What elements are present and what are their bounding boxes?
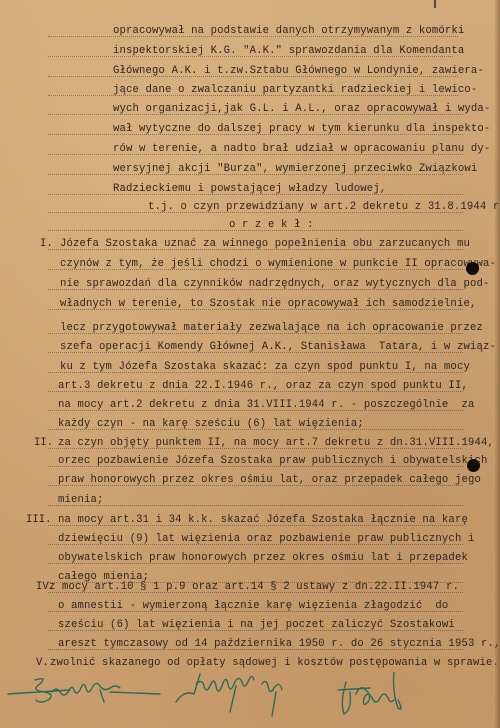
text-line: na mocy art.31 i 34 k.k. skazać Józefa S… xyxy=(58,514,468,527)
text-line: Józefa Szostaka uznać za winnego popełni… xyxy=(60,238,470,251)
text-line: art.3 dekretu z dnia 22.I.1946 r., oraz … xyxy=(58,380,468,393)
text-line: zwolnić skazanego od opłaty sądowej i ko… xyxy=(50,657,499,670)
text-line: sześciu (6) lat więzienia i na jej pocze… xyxy=(58,619,455,632)
text-line: lecz przygotowywał materiały zezwalające… xyxy=(60,322,483,335)
text-line: obywatelskich praw honorowych przez okre… xyxy=(58,552,468,565)
section-numeral: III. xyxy=(26,514,51,527)
text-line: każdy czyn - na karę sześciu (6) lat wię… xyxy=(58,418,364,431)
text-line: czynów z tym, że jeśli chodzi o wymienio… xyxy=(60,258,496,271)
text-line: nie sprawozdań dla czynników nadrzędnych… xyxy=(60,278,489,291)
text-line: orzec pozbawienie Józefa Szostaka praw p… xyxy=(58,455,487,468)
signature-1 xyxy=(8,679,160,702)
text-line: na mocy art.2 dekretu z dnia 31.VIII.194… xyxy=(58,399,474,412)
text-line: o r z e k ł : xyxy=(229,219,314,232)
document-page: opracowywał na podstawie danych otrzymyw… xyxy=(0,0,500,728)
text-line: Głównego A.K. i t.zw.Sztabu Głównego w L… xyxy=(113,65,484,78)
text-line: wersyjnej akcji "Burza", wymierzonej prz… xyxy=(113,163,477,176)
section-numeral: IV. xyxy=(36,581,55,594)
text-line: inspektorskiej K.G. "A.K." sprawozdania … xyxy=(113,45,464,58)
section-numeral: II. xyxy=(34,437,53,450)
signature-2 xyxy=(176,674,282,716)
text-line: za czyn objęty punktem II, na mocy art.7… xyxy=(58,437,494,450)
punch-hole xyxy=(467,459,480,472)
text-line: ku z tym Józefa Szostaka skazać: za czyn… xyxy=(60,361,470,374)
text-line: z mocy art.10 § 1 p.9 oraz art.14 § 2 us… xyxy=(49,581,459,594)
text-line: o amnestii - wymierzoną łącznie karę wię… xyxy=(58,600,448,613)
signature-3 xyxy=(338,672,401,714)
text-line: t.j. o czyn przewidziany w art.2 dekretu… xyxy=(148,201,500,214)
text-line: władnych w terenie, to Szostak nie oprac… xyxy=(60,298,476,311)
signatures xyxy=(0,672,500,728)
text-line: wał wytyczne do dalszej pracy w tym kier… xyxy=(113,123,490,136)
text-line: areszt tymczasowy od 14 października 195… xyxy=(58,638,500,651)
text-line: jące dane o zwalczaniu partyzantki radzi… xyxy=(113,84,477,97)
punch-hole xyxy=(466,262,479,275)
text-line: wych organizacji,jak G.L. i A.L., oraz o… xyxy=(113,103,490,116)
section-numeral: V. xyxy=(36,657,49,670)
text-line: Radzieckiemu i powstającej władzy ludowe… xyxy=(113,183,386,196)
section-numeral: I. xyxy=(40,238,53,251)
text-line: dziewięciu (9) lat więzienia oraz pozbaw… xyxy=(58,533,474,546)
text-line: opracowywał na podstawie danych otrzymyw… xyxy=(113,25,464,38)
text-line: rów w terenie, a nadto brał udział w opr… xyxy=(113,143,490,156)
text-line: mienia; xyxy=(58,494,104,507)
fill-line xyxy=(48,505,463,506)
page-edge-mark xyxy=(434,0,436,8)
text-line: szefa operacji Komendy Głównej A.K., Sta… xyxy=(60,341,496,354)
text-line: praw honorowych przez okres ośmiu lat, o… xyxy=(58,474,481,487)
